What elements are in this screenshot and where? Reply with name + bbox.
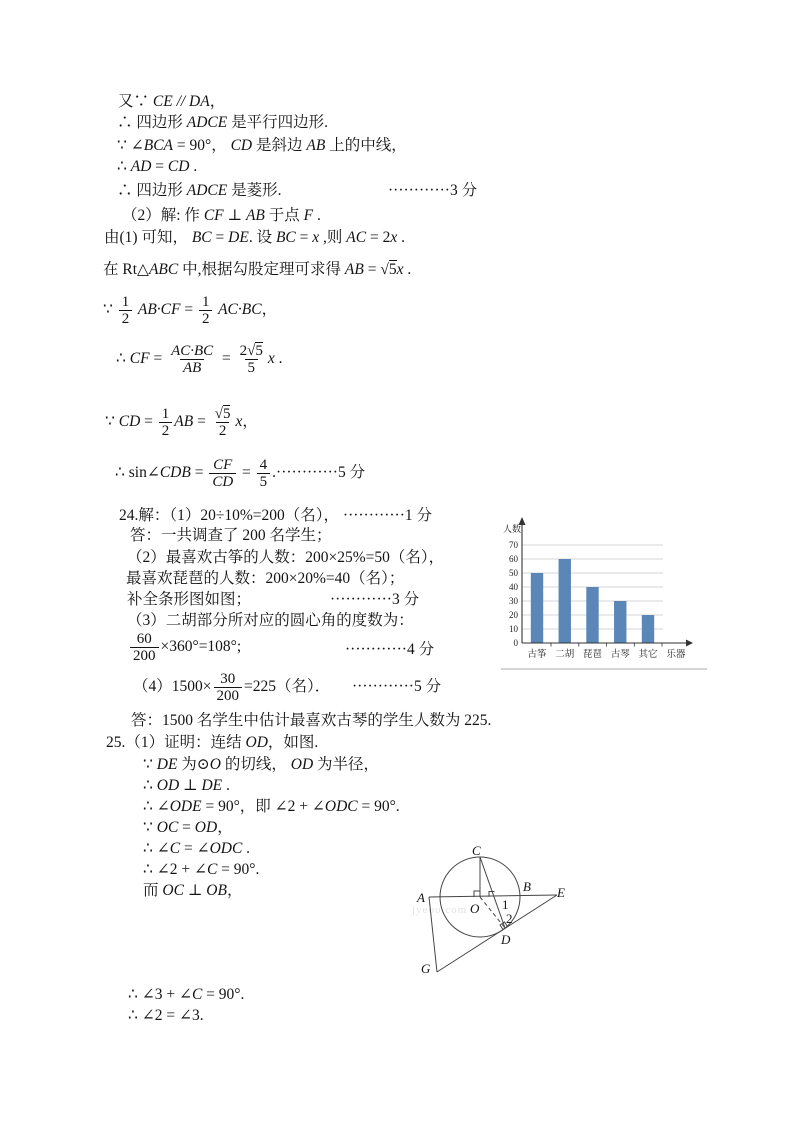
solution-text-line: ∵ DE 为⊙O 的切线， OD 为半径，: [143, 755, 379, 775]
fraction: 60200: [130, 631, 159, 664]
body-text: ∵ ∠: [117, 137, 144, 154]
x-category-label: 二胡: [555, 648, 575, 660]
y-tick-label: 50: [509, 568, 519, 578]
body-text: =: [140, 413, 157, 430]
body-text: =: [191, 464, 208, 481]
body-text: ∵: [143, 819, 157, 836]
math-text: AB: [174, 413, 193, 430]
bar-古琴: [614, 601, 626, 643]
math-text: OD: [246, 734, 268, 751]
body-text: 60: [137, 631, 152, 647]
body-text: = ∠: [180, 840, 209, 857]
solution-text-line: （2）解: 作 CF ⊥ AB 于点 F .: [122, 206, 321, 226]
solution-text-line: ∴ sin∠CDB = CFCD = 45.············5 分: [115, 457, 365, 490]
body-text: ⊥: [179, 777, 201, 794]
y-tick-label: 40: [509, 582, 519, 592]
body-text: ∴ ∠2 = ∠3.: [128, 1007, 204, 1024]
radical: √5: [247, 342, 263, 359]
solution-text-line: ∴ 四边形 ADCE 是菱形.: [117, 181, 282, 201]
body-text: =225（名）．: [244, 678, 330, 695]
math-text: CF: [130, 350, 150, 367]
math-text: ODC: [325, 798, 358, 815]
body-text: ，: [210, 93, 226, 110]
body-text: ,则: [319, 229, 346, 246]
diagram-label-O: O: [470, 901, 480, 916]
solution-text-line: 由(1) 可知， BC = DE. 设 BC = x ,则 AC = 2x .: [104, 228, 405, 248]
math-text: CD: [119, 413, 141, 430]
x-category-label: 古琴: [611, 648, 631, 660]
body-text: =: [212, 229, 229, 246]
body-text: （2）解: 作: [122, 207, 204, 224]
watermark: jyeoo.com: [411, 904, 467, 916]
body-text: 是平行四边形.: [227, 114, 328, 131]
bar-古筝: [531, 573, 543, 643]
math-text: ODC: [210, 840, 243, 857]
math-text: CDB: [160, 464, 191, 481]
body-text: ，如图.: [268, 734, 318, 751]
body-text: =: [150, 350, 167, 367]
radical: √5: [215, 405, 231, 422]
body-text: 5: [248, 360, 256, 376]
solution-text-line: ············4 分: [345, 640, 434, 660]
body-text: 200: [133, 648, 156, 664]
y-tick-label: 60: [509, 554, 519, 564]
body-text: 于点: [265, 207, 304, 224]
body-text: =: [180, 301, 197, 318]
math-text: DE: [157, 756, 178, 773]
solution-text-line: ············5 分: [352, 677, 441, 697]
math-text: CE // DA: [153, 93, 210, 110]
solution-text-line: ∵ CD = 12AB = √52x，: [105, 406, 258, 439]
solution-text-line: ∵ OC = OD，: [143, 818, 233, 838]
x-axis-arrow-icon: [686, 640, 693, 647]
solution-text-line: ∵ 12 AB·CF = 12 AC·BC，: [103, 294, 277, 327]
body-text: = 90°.: [217, 861, 259, 878]
diagram-label-2: 2: [506, 911, 513, 926]
x-category-label: 其它: [638, 648, 658, 660]
body-text: 2: [202, 311, 210, 327]
body-text: = 2: [366, 229, 390, 246]
body-text: 2: [219, 423, 227, 439]
body-text: ∴ 四边形: [117, 114, 187, 131]
math-text: OD: [157, 777, 179, 794]
math-text: OC: [162, 882, 184, 899]
body-text: ⊥: [184, 882, 206, 899]
body-text: .: [403, 261, 411, 278]
body-text: 在 Rt△: [103, 261, 149, 278]
math-text: AB: [246, 207, 265, 224]
solution-text-line: ∴ ∠C = ∠ODC .: [143, 839, 250, 859]
body-text: ⊥: [224, 207, 246, 224]
body-text: 1: [202, 294, 210, 310]
solution-text-line: 而 OC ⊥ OB，: [143, 881, 242, 901]
math-text: CD: [168, 158, 190, 175]
diagram-label-E: E: [556, 885, 565, 900]
body-text: ，: [217, 819, 233, 836]
fraction: 45: [257, 457, 271, 490]
math-text: AB: [183, 360, 201, 376]
solution-text-line: 又∵ CE // DA，: [118, 92, 225, 112]
bar-二胡: [559, 559, 571, 643]
body-text: ∴ ∠2 + ∠: [143, 861, 207, 878]
body-text: .: [242, 840, 250, 857]
bar-chart: 010203040506070人数古筝二胡琵琶古琴其它乐器: [495, 515, 710, 675]
body-text: 200: [217, 688, 240, 704]
math-text: CD: [212, 474, 233, 490]
math-text: C: [207, 861, 217, 878]
math-text: DE: [228, 229, 249, 246]
body-text: 1: [122, 294, 130, 310]
document-page: 010203040506070人数古筝二胡琵琶古琴其它乐器 jyeoo.comC…: [0, 0, 794, 1123]
body-text: 最喜欢琵琶的人数：200×20%=40（名）；: [126, 570, 404, 587]
body-text: =: [238, 464, 255, 481]
body-text: = 90°，即 ∠2 + ∠: [202, 798, 325, 815]
body-text: 5: [260, 474, 268, 490]
y-tick-label: 20: [509, 610, 519, 620]
body-text: .: [313, 207, 321, 224]
body-text: ∵: [143, 756, 157, 773]
math-text: ADCE: [187, 182, 227, 199]
solution-text-line: ∴ AD = CD .: [117, 157, 197, 177]
body-text: 是菱形.: [227, 182, 281, 199]
fraction: 12: [159, 406, 173, 439]
body-text: =: [178, 819, 195, 836]
body-text: ∴: [116, 350, 130, 367]
fraction: 12: [119, 294, 133, 327]
diagram-label-C: C: [472, 843, 481, 858]
solution-text-line: ············3 分: [388, 181, 477, 201]
y-tick-label: 70: [509, 540, 519, 550]
body-text: = 90°.: [202, 986, 244, 1003]
body-text: ············4 分: [345, 641, 434, 658]
body-text: ∴: [143, 777, 157, 794]
body-text: = 90°.: [358, 798, 400, 815]
math-text: AC: [346, 229, 366, 246]
body-text: ············5 分: [352, 678, 441, 695]
solution-text-line: ∴ 四边形 ADCE 是平行四边形.: [117, 113, 328, 133]
body-text: .············5 分: [272, 464, 365, 481]
math-text: C: [170, 840, 180, 857]
body-text: （4）1500×: [133, 678, 212, 695]
solution-text-line: ∴ ∠ODE = 90°，即 ∠2 + ∠ODC = 90°.: [143, 797, 400, 817]
diagram-label-G: G: [421, 961, 431, 976]
body-text: 中,根据勾股定理可求得: [178, 261, 345, 278]
body-text: ············3 分: [330, 591, 419, 608]
solution-text-line: 答：1500 名学生中估计最喜欢古琴的学生人数为 225.: [131, 711, 491, 731]
math-text: OD: [195, 819, 217, 836]
math-text: BC: [192, 229, 212, 246]
body-text: （2）最喜欢古筝的人数：200×25%=50（名），: [127, 549, 444, 566]
solution-text-line: 60200×360°=108°;: [128, 631, 241, 664]
body-text: .: [222, 777, 230, 794]
body-text: 答：1500 名学生中估计最喜欢古琴的学生人数为 225.: [131, 712, 491, 729]
body-text: 2: [162, 423, 170, 439]
body-text: （3）二胡部分所对应的圆心角的度数为：: [127, 612, 414, 629]
x-axis-title: 乐器: [666, 648, 686, 660]
math-text: ODE: [170, 798, 202, 815]
math-text: AB: [345, 261, 364, 278]
y-tick-label: 0: [514, 638, 519, 648]
body-text: . 设: [249, 229, 276, 246]
fraction: CFCD: [209, 457, 236, 490]
body-text: ×360°=108°;: [161, 638, 242, 655]
body-text: =: [364, 261, 381, 278]
fraction: AC·BCAB: [168, 343, 216, 376]
solution-text-line: ∴ ∠2 = ∠3.: [128, 1006, 204, 1026]
body-text: ∴ 四边形: [117, 182, 187, 199]
body-text: 而: [143, 882, 162, 899]
math-text: DE: [201, 777, 222, 794]
body-text: 上的中线，: [325, 137, 406, 154]
math-text: F: [304, 207, 313, 224]
fraction: √52: [212, 406, 234, 439]
math-text: CF: [213, 457, 232, 473]
body-text: 的切线，: [221, 756, 291, 773]
body-text: 4: [260, 457, 268, 473]
solution-text-line: 在 Rt△ABC 中,根据勾股定理可求得 AB = √5x .: [103, 260, 411, 280]
math-text: C: [192, 986, 202, 1003]
body-text: 30: [220, 671, 235, 687]
math-text: OD: [291, 756, 313, 773]
solution-text-line: ············3 分: [330, 590, 419, 610]
math-text: AD: [131, 158, 152, 175]
body-text: ∵: [105, 413, 119, 430]
math-text: AC·BC: [214, 301, 261, 318]
solution-text-line: ∵ ∠BCA = 90°， CD 是斜边 AB 上的中线，: [117, 136, 407, 156]
fraction: 30200: [214, 671, 243, 704]
math-text: OC: [157, 819, 179, 836]
body-text: ∴ ∠: [143, 840, 170, 857]
body-text: = 90°，: [173, 137, 231, 154]
diagram-label-1: 1: [502, 897, 509, 912]
body-text: 24.解：（1）20÷10%=200（名）， ············1 分: [119, 507, 432, 524]
math-text: BCA: [144, 137, 173, 154]
bar-其它: [642, 615, 654, 643]
solution-text-line: ∴ CF = AC·BCAB = 2√55x .: [116, 343, 283, 376]
body-text: 1: [162, 406, 170, 422]
math-text: OB: [206, 882, 227, 899]
solution-text-line: 答：一共调查了 200 名学生；: [130, 526, 332, 546]
body-text: .: [275, 350, 283, 367]
body-text: ∴ ∠: [143, 798, 170, 815]
diagram-label-A: A: [416, 890, 425, 905]
diagram-label-B: B: [523, 879, 531, 894]
body-text: =: [218, 350, 235, 367]
body-text: 答：一共调查了 200 名学生；: [130, 527, 332, 544]
body-text: ∵: [103, 301, 117, 318]
solution-text-line: ∴ OD ⊥ DE .: [143, 776, 230, 796]
body-text: 又∵: [118, 93, 153, 110]
math-text: CF: [204, 207, 224, 224]
solution-text-line: （2）最喜欢古筝的人数：200×25%=50（名），: [127, 548, 444, 568]
math-text: ABC: [149, 261, 178, 278]
solution-text-line: 24.解：（1）20÷10%=200（名）， ············1 分: [119, 506, 432, 526]
body-text: ，: [242, 413, 258, 430]
x-category-label: 古筝: [527, 648, 547, 660]
body-text: ∴ sin∠: [115, 464, 160, 481]
math-text: AB: [306, 137, 325, 154]
body-text: =: [151, 158, 168, 175]
body-text: ，: [262, 301, 278, 318]
body-text: 25.（1）证明：连结: [106, 734, 246, 751]
body-text: .: [189, 158, 197, 175]
math-text: AB·CF: [134, 301, 180, 318]
body-text: ∴ ∠3 + ∠: [128, 986, 192, 1003]
solution-text-line: 补全条形图如图；: [127, 590, 251, 610]
bar-琵琶: [586, 587, 598, 643]
math-text: AC·BC: [171, 343, 213, 359]
body-text: =: [193, 413, 210, 430]
solution-text-line: ∴ ∠2 + ∠C = 90°.: [143, 860, 259, 880]
body-text: ············3 分: [388, 182, 477, 199]
body-text: =: [296, 229, 313, 246]
math-text: x: [268, 350, 275, 367]
solution-text-line: 25.（1）证明：连结 OD，如图.: [106, 733, 318, 753]
body-text: 2: [122, 311, 130, 327]
y-tick-label: 10: [509, 624, 519, 634]
radical: √5: [380, 260, 396, 278]
body-text: ∴: [117, 158, 131, 175]
y-axis-title: 人数: [503, 523, 521, 534]
solution-text-line: ∴ ∠3 + ∠C = 90°.: [128, 985, 244, 1005]
body-text: 是斜边: [252, 137, 306, 154]
body-text: 由(1) 可知，: [104, 229, 192, 246]
fraction: 2√55: [237, 343, 266, 376]
body-text: 为半径，: [313, 756, 379, 773]
math-text: ADCE: [187, 114, 227, 131]
x-category-label: 琵琶: [583, 649, 603, 660]
math-text: CD: [231, 137, 253, 154]
math-text: O: [210, 756, 221, 773]
chord-CD: [480, 857, 505, 928]
solution-text-line: （3）二胡部分所对应的圆心角的度数为：: [127, 611, 414, 631]
diagram-label-D: D: [500, 932, 511, 947]
y-tick-label: 30: [509, 596, 519, 606]
math-text: BC: [276, 229, 296, 246]
solution-text-line: 最喜欢琵琶的人数：200×20%=40（名）；: [126, 569, 404, 589]
fraction: 12: [199, 294, 213, 327]
body-text: .: [397, 229, 405, 246]
body-text: 补全条形图如图；: [127, 591, 251, 608]
body-text: 为⊙: [177, 756, 209, 773]
body-text: ，: [227, 882, 243, 899]
geometry-diagram: jyeoo.comCABEODG12: [408, 833, 623, 983]
solution-text-line: （4）1500×30200=225（名）．: [133, 671, 330, 704]
